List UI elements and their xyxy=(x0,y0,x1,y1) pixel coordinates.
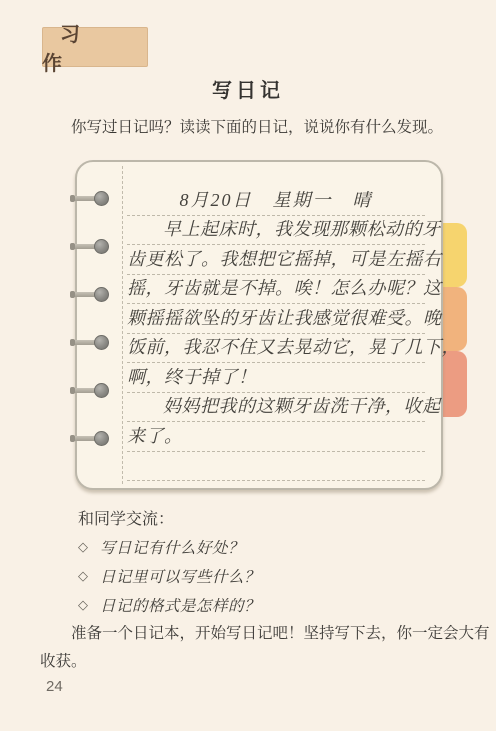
diary-line: 摇，牙齿就是不掉。唉！怎么办呢？这 xyxy=(127,275,425,305)
question-text: 写日记有什么好处？ xyxy=(100,536,244,558)
binder-ring-icon xyxy=(72,191,110,206)
diary-line: 早上起床时，我发现那颗松动的牙 xyxy=(127,216,425,246)
diary-line: 颗摇摇欲坠的牙齿让我感觉很难受。晚 xyxy=(127,304,425,334)
diary-line: 啊，终于掉了！ xyxy=(127,363,425,393)
section-label: 习 作 xyxy=(42,27,148,67)
binder-ring-icon xyxy=(72,383,110,398)
page-title: 写日记 xyxy=(0,74,496,103)
discussion-question: ◇ 写日记有什么好处？ xyxy=(78,536,244,558)
binder-ring-icon xyxy=(72,239,110,254)
page-number: 24 xyxy=(46,678,63,695)
diary-notebook: 8月20日 星期一 晴 早上起床时，我发现那颗松动的牙 齿更松了。我想把它摇掉，… xyxy=(75,160,443,490)
diary-line: 来了。 xyxy=(127,422,425,452)
diary-line: 齿更松了。我想把它摇掉，可是左摇右 xyxy=(127,245,425,275)
binder-ring-icon xyxy=(72,335,110,350)
diary-line: 饭前，我忍不住又去晃动它，晃了几下， xyxy=(127,334,425,364)
closing-text-line2: 收获。 xyxy=(40,649,87,671)
notebook-margin-line xyxy=(122,166,123,484)
diamond-bullet-icon: ◇ xyxy=(78,539,88,555)
diary-line: 妈妈把我的这颗牙齿洗干净，收起 xyxy=(127,393,425,423)
diary-date-header: 8月20日 星期一 晴 xyxy=(127,186,425,216)
question-text: 日记里可以写些什么？ xyxy=(100,565,260,587)
diary-text-area: 8月20日 星期一 晴 早上起床时，我发现那颗松动的牙 齿更松了。我想把它摇掉，… xyxy=(127,186,425,481)
diamond-bullet-icon: ◇ xyxy=(78,597,88,613)
discussion-question: ◇ 日记的格式是怎样的？ xyxy=(78,594,260,616)
discussion-lead: 和同学交流： xyxy=(78,506,174,529)
intro-text: 你写过日记吗？读读下面的日记，说说你有什么发现。 xyxy=(40,115,472,137)
textbook-page: { "page": { "section_label": "习 作", "tit… xyxy=(0,0,496,731)
discussion-question: ◇ 日记里可以写些什么？ xyxy=(78,565,260,587)
binder-ring-icon xyxy=(72,287,110,302)
diamond-bullet-icon: ◇ xyxy=(78,568,88,584)
question-text: 日记的格式是怎样的？ xyxy=(100,594,260,616)
binder-ring-icon xyxy=(72,431,110,446)
diary-line xyxy=(127,452,425,482)
closing-text-line1: 准备一个日记本，开始写日记吧！坚持写下去，你一定会大有 xyxy=(40,621,472,643)
